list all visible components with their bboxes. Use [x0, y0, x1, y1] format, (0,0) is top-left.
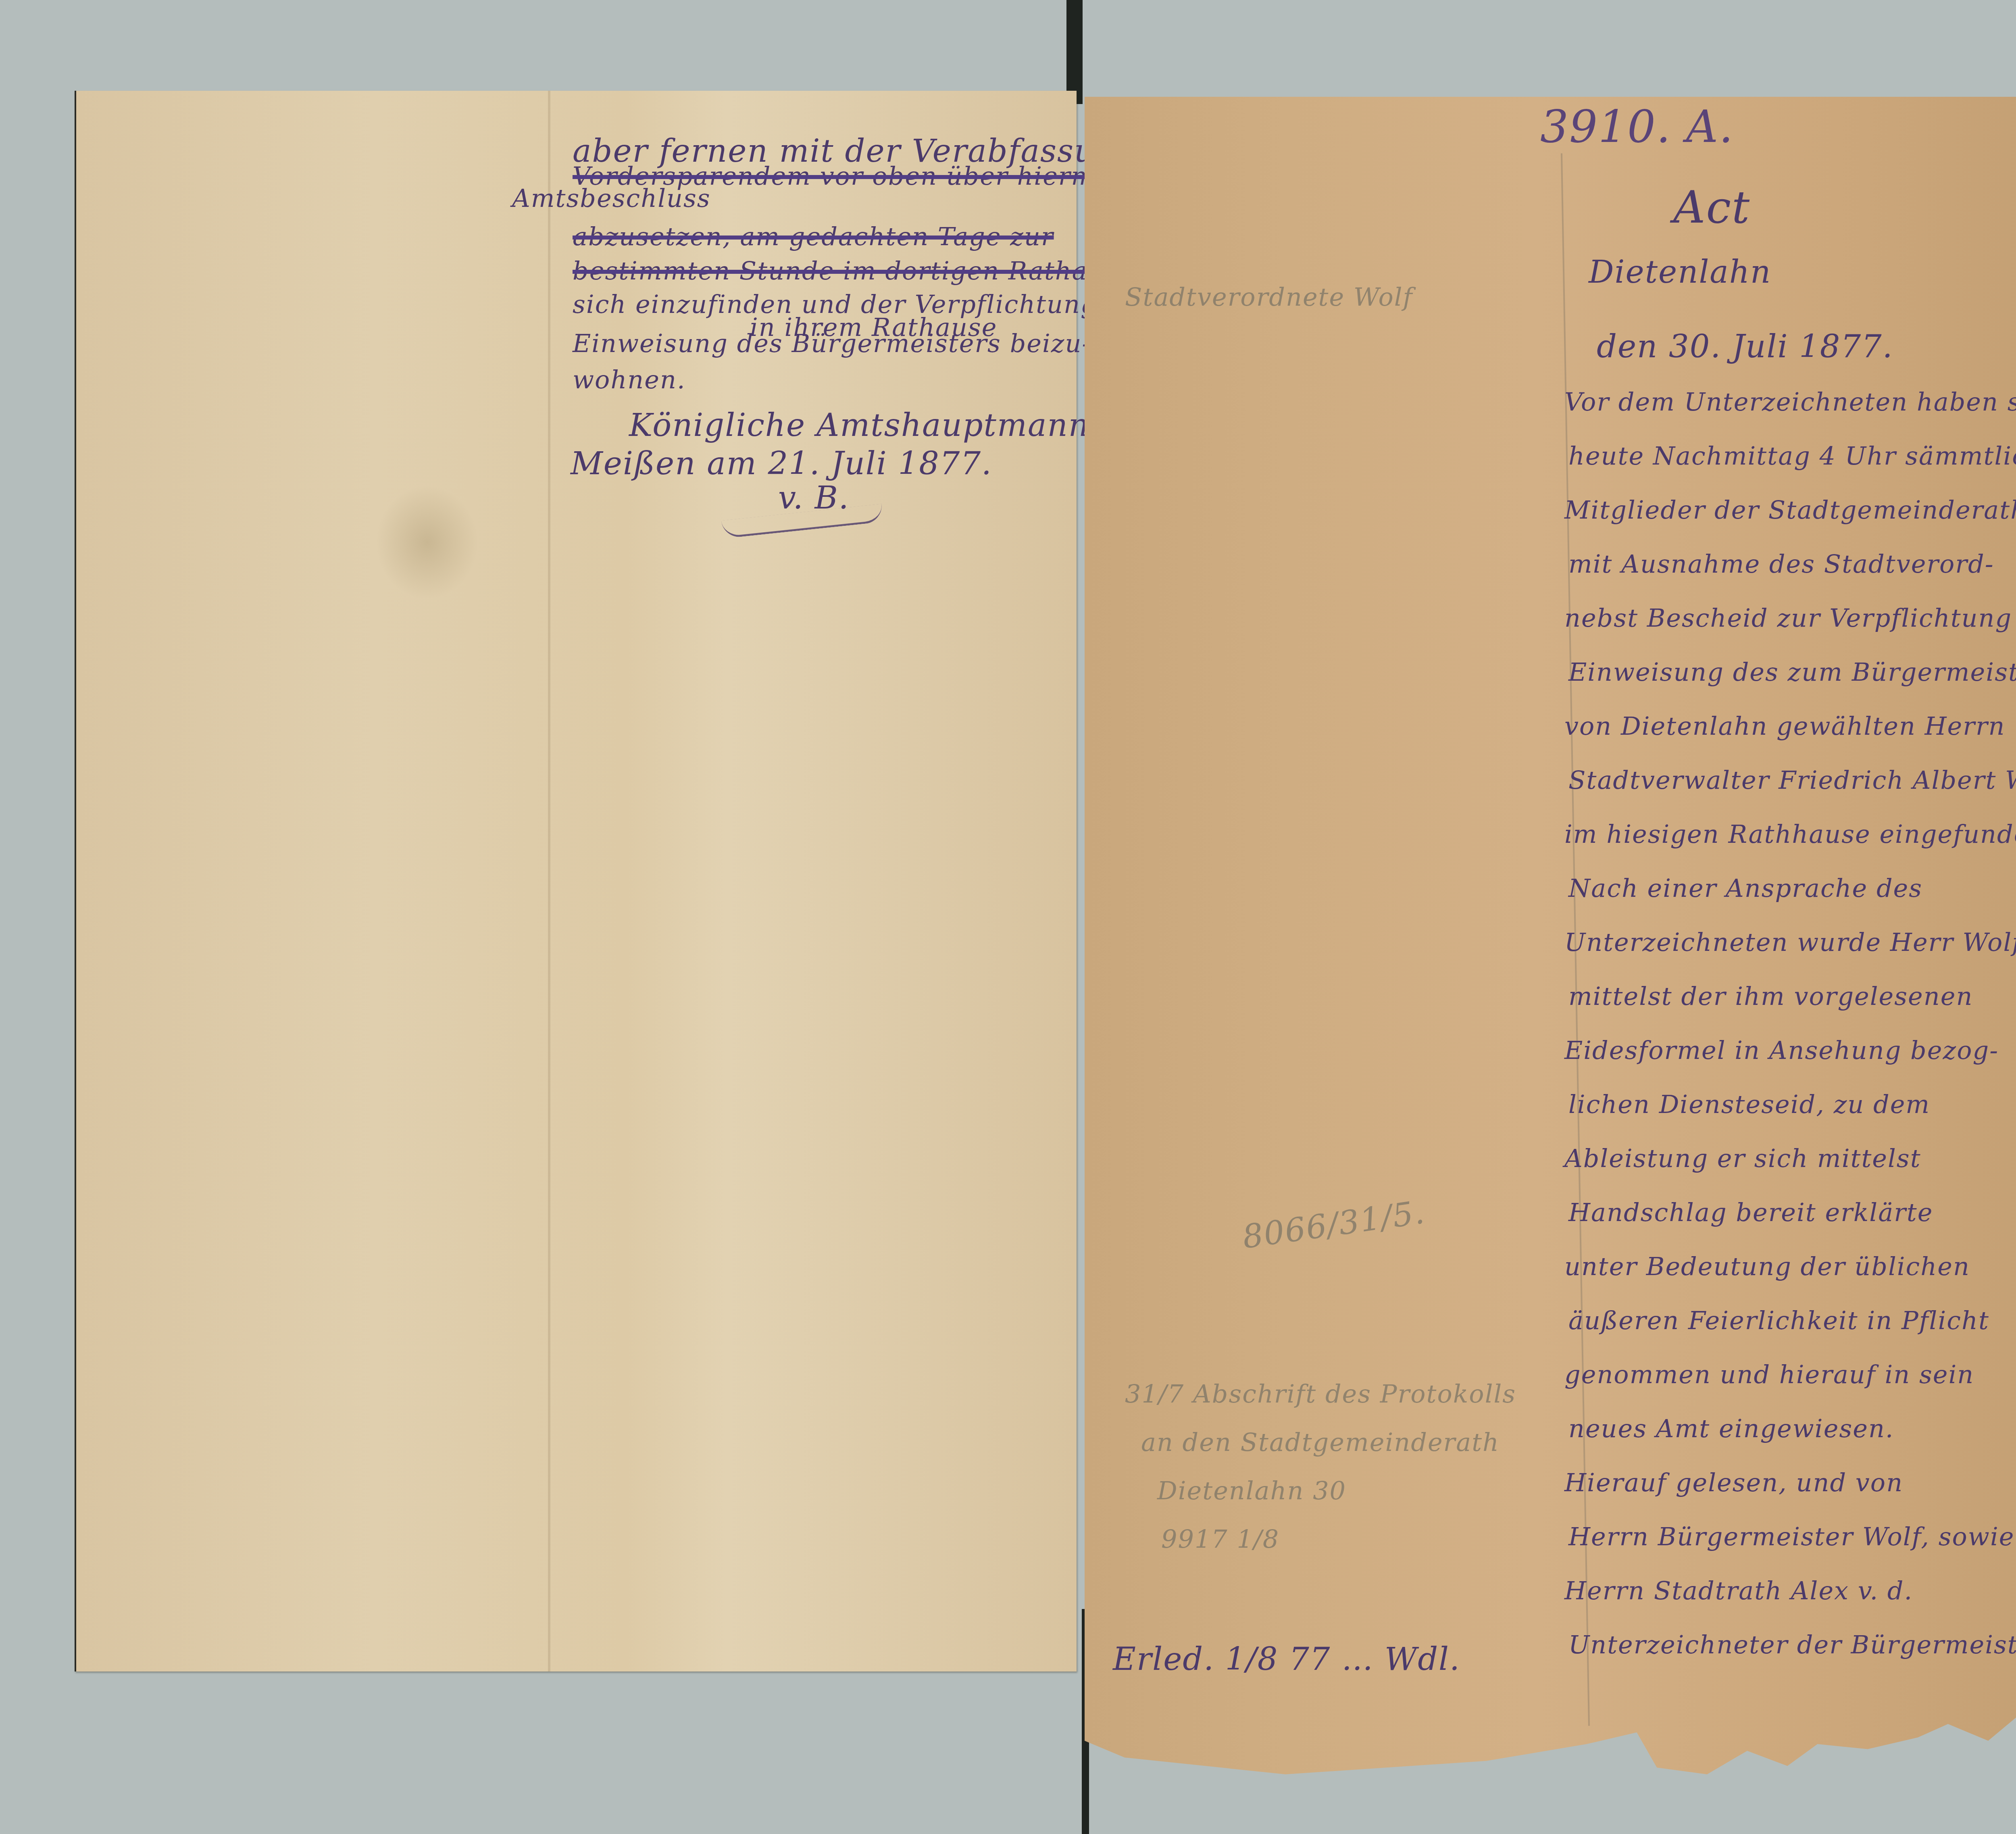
- right-body-line: im hiesigen Rathhause eingefunden.: [1564, 819, 2016, 849]
- pencil-note-lower-1: 31/7 Abschrift des Protokolls: [1125, 1379, 1516, 1409]
- right-body-line: Eidesformel in Ansehung bezog-: [1564, 1036, 1999, 1065]
- binding-strip-top: [1066, 0, 1083, 104]
- act-heading: Act: [1673, 181, 1750, 233]
- right-body-line: lichen Diensteseid, zu dem: [1568, 1090, 1930, 1119]
- right-body-line: genommen und hierauf in sein: [1564, 1360, 1974, 1389]
- date-line: den 30. Juli 1877.: [1597, 329, 1893, 365]
- left-line-3-struck: abzusetzen, am gedachten Tage zur: [573, 222, 1054, 251]
- pencil-note-lower-3: Dietenlahn 30: [1157, 1476, 1346, 1505]
- pencil-note-lower-2: an den Stadtgemeinderath: [1141, 1428, 1500, 1457]
- right-body-line: Hierauf gelesen, und von: [1564, 1468, 1903, 1497]
- left-line-2-struck: Vordersparendem vor oben über hiermit: [573, 161, 1115, 191]
- right-body-line: Handschlag bereit erklärte: [1568, 1198, 1933, 1227]
- left-line-4-struck: bestimmten Stunde im dortigen Rathause: [573, 256, 1134, 286]
- right-body-line: Ableistung er sich mittelst: [1564, 1144, 1921, 1173]
- right-body-line: mit Ausnahme des Stadtverord-: [1568, 549, 1994, 579]
- right-body-line: Herrn Bürgermeister Wolf, sowie: [1568, 1522, 2014, 1551]
- right-body-line: heute Nachmittag 4 Uhr sämmtliche: [1568, 441, 2016, 471]
- right-body-line: nebst Bescheid zur Verpflichtung u.: [1564, 603, 2016, 633]
- right-body-line: Unterzeichneter der Bürgermeister Herr: [1568, 1630, 2016, 1659]
- file-number: 3910. A.: [1540, 101, 1734, 152]
- right-body-line: Mitglieder der Stadtgemeinderathes: [1564, 495, 2016, 525]
- place-date: Meißen am 21. Juli 1877.: [571, 446, 992, 482]
- right-body-line: von Dietenlahn gewählten Herrn: [1564, 711, 2006, 741]
- right-body-line: Stadtverwalter Friedrich Albert Wolf: [1568, 765, 2016, 795]
- right-body-line: neues Amt eingewiesen.: [1568, 1414, 1894, 1443]
- pencil-note-top: Stadtverordnete Wolf: [1125, 282, 1413, 312]
- pencil-note-lower-4: 9917 1/8: [1161, 1524, 1279, 1554]
- left-line-7: wohnen.: [573, 365, 686, 394]
- place-heading: Dietenlahn: [1589, 254, 1771, 290]
- right-body-line: Unterzeichneten wurde Herr Wolf: [1564, 927, 2016, 957]
- right-body-line: Herrn Stadtrath Alex v. d.: [1564, 1576, 1913, 1605]
- right-body-line: mittelst der ihm vorgelesenen: [1568, 982, 1973, 1011]
- right-body-line: unter Bedeutung der üblichen: [1564, 1252, 1970, 1281]
- right-body-line: äußeren Feierlichkeit in Pflicht: [1568, 1306, 1989, 1335]
- right-body-line: Nach einer Ansprache des: [1568, 873, 1922, 903]
- right-body-line: Vor dem Unterzeichneten haben sich: [1564, 387, 2016, 417]
- ink-note-bottom: Erled. 1/8 77 … Wdl.: [1113, 1641, 1460, 1678]
- right-body-line: Einweisung des zum Bürgermeister: [1568, 657, 2016, 687]
- left-line-6: Einweisung des Bürgermeisters beizu-: [573, 329, 1091, 358]
- paper-fold: [548, 91, 550, 1671]
